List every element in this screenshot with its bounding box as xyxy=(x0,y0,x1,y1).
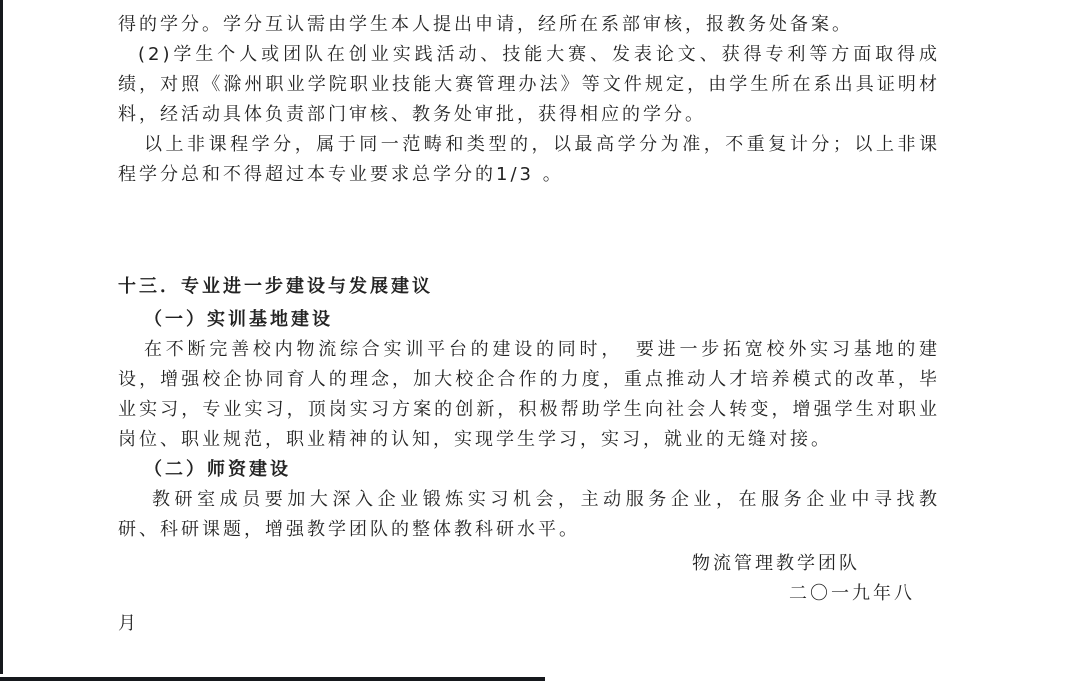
doc-line-item2-cont1: 绩，对照《滁州职业学院职业技能大赛管理办法》等文件规定，由学生所在系出具证明材 xyxy=(118,70,940,100)
doc-line-credit-recognition: 得的学分。学分互认需由学生本人提出申请，经所在系部审核，报教务处备案。 xyxy=(118,10,940,40)
subsection-heading-faculty: （二）师资建设 xyxy=(118,455,940,485)
scan-left-edge-line xyxy=(0,0,3,674)
subsection-heading-training-base: （一）实训基地建设 xyxy=(118,305,940,335)
scanned-document-page: 得的学分。学分互认需由学生本人提出申请，经所在系部审核，报教务处备案。 (2)学… xyxy=(0,0,1080,681)
doc-line-item2-start: (2)学生个人或团队在创业实践活动、技能大赛、发表论文、获得专利等方面取得成 xyxy=(118,40,940,70)
doc-line-training-2: 设，增强校企协同育人的理念，加大校企合作的力度，重点推动人才培养模式的改革，毕 xyxy=(118,365,940,395)
doc-line-faculty-2: 研、科研课题，增强教学团队的整体教科研水平。 xyxy=(118,515,940,545)
doc-line-training-4: 岗位、职业规范，职业精神的认知，实现学生学习，实习，就业的无缝对接。 xyxy=(118,425,940,455)
doc-line-faculty-1: 教研室成员要加大深入企业锻炼实习机会，主动服务企业，在服务企业中寻找教 xyxy=(118,485,940,515)
signature-team: 物流管理教学团队 xyxy=(118,549,940,579)
section-gap xyxy=(118,190,940,272)
doc-line-training-1: 在不断完善校内物流综合实训平台的建设的同时， 要进一步拓宽校外实习基地的建 xyxy=(118,335,940,365)
doc-line-training-3: 业实习，专业实习，顶岗实习方案的创新，积极帮助学生向社会人转变，增强学生对职业 xyxy=(118,395,940,425)
signature-date-year: 二〇一九年八 xyxy=(118,579,940,609)
section-heading: 十三．专业进一步建设与发展建议 xyxy=(118,272,940,302)
doc-line-item2-cont2: 料，经活动具体负责部门审核、教务处审批，获得相应的学分。 xyxy=(118,100,940,130)
scan-bottom-edge-line xyxy=(0,677,545,681)
signature-date-month: 月 xyxy=(118,609,940,639)
document-body: 得的学分。学分互认需由学生本人提出申请，经所在系部审核，报教务处备案。 (2)学… xyxy=(118,10,940,639)
doc-line-noncourse-credit-start: 以上非课程学分，属于同一范畴和类型的，以最高学分为准，不重复计分；以上非课 xyxy=(118,130,940,160)
doc-line-noncourse-credit-cont: 程学分总和不得超过本专业要求总学分的1/3 。 xyxy=(118,160,940,190)
